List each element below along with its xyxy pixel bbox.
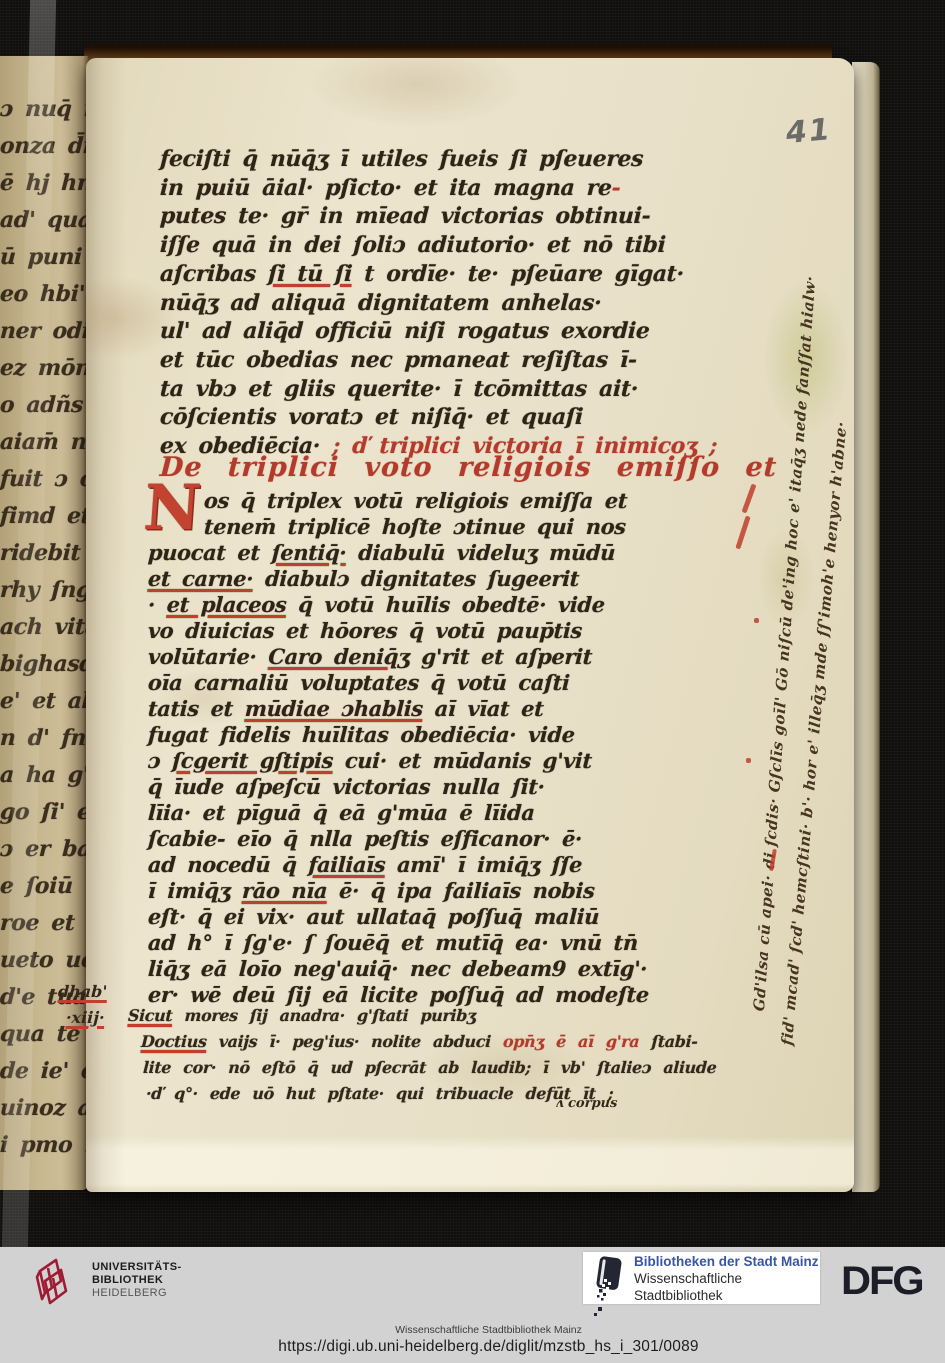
manuscript-line: ridebit te	[0, 540, 87, 566]
manuscript-line: liq̄ʒ eā loīo neg'auiq̄· nec debeam9 ext…	[147, 956, 647, 981]
manuscript-text-segment: ·ď q°· ede uō hut pſtate· qui tribuacle …	[146, 1084, 614, 1103]
manuscript-line: e ſoiū neſo	[0, 873, 87, 899]
manuscript-text-segment: ɔ	[147, 748, 173, 773]
heidelberg-logo-text: UNIVERSITÄTS- BIBLIOTHEK HEIDELBERG	[92, 1257, 182, 1300]
manuscript-text-segment: cui· et mūdanis g'vit	[332, 748, 592, 773]
manuscript-text-segment: nūq̄ʒ ad aliquā dignitatem anhelas·	[159, 290, 602, 316]
manuscript-text-segment: amī' ī imiq̄ʒ ſſe	[385, 852, 583, 877]
manuscript-text-segment: ·	[147, 592, 167, 617]
manuscript-line: līia· et pīguā q̄ eā g'mūa ē līida	[147, 800, 535, 825]
scan-page: ɔ nuq̄ nōnonza d̄ilē hj hnn̄ad' qua boū …	[0, 0, 945, 1363]
manuscript-text-segment: fimd et ād'	[0, 503, 88, 529]
manuscript-text-segment: tatis et	[147, 696, 245, 721]
manuscript-text-segment: mūdiae ɔhablis	[244, 696, 423, 721]
manuscript-text-segment: failiaīs	[308, 852, 386, 877]
manuscript-line: Doctius vaijs ī· peg'ius· nolite abduci …	[141, 1032, 699, 1051]
manuscript-line: tatis et mūdiae ɔhablis aī vīat et	[147, 696, 544, 721]
manuscript-text-segment: vaijs ī· peg'ius· nolite abduci	[206, 1032, 503, 1051]
heidelberg-line2: BIBLIOTHEK	[92, 1274, 182, 1287]
manuscript-line: putes te· gr̄ in mīead victorias obtinui…	[159, 203, 651, 229]
manuscript-text-segment: ueto ueſt'	[0, 947, 88, 973]
manuscript-text-segment: ſcabie- eīo q̄ nlla peſtis eſficanor· ē·	[147, 826, 582, 851]
manuscript-text-segment: fuit ɔ oēs	[0, 466, 88, 492]
manuscript-text-segment: eſt· q̄ ei vix· aut ullataq̄ poſſuq̄ mal…	[147, 904, 599, 929]
page-block-edges	[852, 62, 880, 1192]
manuscript-text-segment: lite cor· nō eſtō q̄ ud pſecrāt ab laudi…	[143, 1058, 717, 1077]
manuscript-line: ē hj hnn̄	[0, 170, 87, 196]
heidelberg-line3: HEIDELBERG	[92, 1287, 182, 1300]
manuscript-text-segment: bighasdū	[0, 651, 88, 677]
manuscript-line: lite cor· nō eſtō q̄ ud pſecrāt ab laudi…	[143, 1058, 717, 1077]
heidelberg-line1: UNIVERSITÄTS-	[92, 1261, 182, 1274]
manuscript-line: go ſi' ent'	[0, 799, 87, 825]
manuscript-line: volūtarie· Caro deniq̄ʒ g'rit et aſperit	[147, 644, 592, 669]
manuscript-text-segment: cōſcientis voratɔ et niſiq̄· et quaſi	[159, 404, 583, 430]
manuscript-text-segment: ez mōnch	[0, 355, 88, 381]
mainz-logo-text: Bibliotheken der Stadt Mainz Wissenschaf…	[634, 1253, 820, 1304]
footer-caption: Wissenschaftliche Stadtbibliothek Mainz	[16, 1324, 945, 1336]
manuscript-text-segment: o adñs d'	[0, 392, 88, 418]
manuscript-line: vo diuicias et hōores q̄ votū paup̄tis	[147, 618, 582, 643]
manuscript-leaf: 41 feciſti q̄ nūq̄ʒ ī utiles fueis ſi pſ…	[86, 58, 854, 1192]
manuscript-line: et carne· diabulɔ dignitates ſugeerit	[147, 566, 579, 591]
manuscript-text-segment: Caro deniq̄ʒ	[268, 644, 411, 669]
rubric-mark	[742, 484, 757, 514]
manuscript-text-segment: aſcribas	[159, 261, 269, 287]
manuscript-line: o adñs d'	[0, 392, 87, 418]
manuscript-photo: ɔ nuq̄ nōnonza d̄ilē hj hnn̄ad' qua boū …	[0, 0, 945, 1247]
rubric-dot	[754, 618, 759, 623]
manuscript-text-segment: opn̄ʒ ē aī g'ra	[503, 1032, 640, 1051]
manuscript-line: roe et oniq'	[0, 910, 87, 936]
manuscript-text-segment: et carne·	[147, 566, 253, 591]
manuscript-text-segment: putes te· gr̄ in mīead victorias obtinui…	[159, 203, 651, 229]
manuscript-text-segment: līia· et pīguā q̄ eā g'mūa ē līida	[147, 800, 535, 825]
manuscript-text-segment: ſcgerit gſtipis	[172, 748, 334, 773]
manuscript-line: bighasdū	[0, 651, 87, 677]
manuscript-line: aiam̄ nid	[0, 429, 87, 455]
manuscript-text-segment: ē· q̄ ipa failiaīs nobis	[327, 878, 596, 903]
manuscript-text-segment: et placeos	[166, 592, 287, 617]
margin-label-xiij: ·xiij·	[66, 1008, 106, 1027]
manuscript-text-segment: ū puni ɔ	[0, 244, 88, 270]
manuscript-text-segment: ad h° ī ſg'e· ſ ſouēq̄ et mutīq̄ ea· vnū…	[147, 930, 638, 955]
manuscript-text-segment: n d' fngo	[0, 725, 88, 751]
manuscript-line: in puiū āial· pſicto· et ita magna re-	[159, 175, 621, 201]
manuscript-line: q̄ īude aſpeſcū victorias nulla ſit·	[147, 774, 545, 799]
manuscript-line: ad' qua bo	[0, 207, 87, 233]
manuscript-line: ɔ er bapſi	[0, 836, 87, 862]
manuscript-line: n d' fngo	[0, 725, 87, 751]
manuscript-text-segment: ſentiq̄·	[271, 540, 347, 565]
manuscript-text-segment: eo hbi'nd'	[0, 281, 88, 307]
manuscript-text-segment: volūtarie·	[147, 644, 269, 669]
manuscript-line: rhy ſngroid	[0, 577, 87, 603]
manuscript-text-segment: Doctius	[141, 1032, 208, 1051]
manuscript-text-segment: -	[611, 175, 621, 201]
manuscript-text-segment: e ſoiū neſo	[0, 873, 88, 899]
initial-letter: N	[142, 478, 203, 538]
manuscript-text-segment: roe et oniq'	[0, 910, 88, 936]
manuscript-line: a ha g' p'	[0, 762, 87, 788]
manuscript-text-segment: liq̄ʒ eā loīo neg'auiq̄· nec debeam9 ext…	[147, 956, 647, 981]
manuscript-text-segment: iſſe quā in dei ſoliɔ adiutorio· et nō t…	[159, 232, 666, 258]
manuscript-text-segment: os q̄ triplex votū religiois emiſſa et	[203, 488, 627, 513]
manuscript-line: ez mōnch	[0, 355, 87, 381]
manuscript-text-segment: t ordīe· te· pſeūare gīgat·	[351, 261, 684, 287]
manuscript-line: ū puni ɔ	[0, 244, 87, 270]
manuscript-line: ɔ nuq̄ nōn	[0, 96, 87, 122]
manuscript-line: ach vita	[0, 614, 87, 640]
manuscript-text-segment: ī imiq̄ʒ	[147, 878, 242, 903]
manuscript-line: onza d̄il	[0, 133, 87, 159]
margin-label-dhab: dhab'	[58, 982, 108, 1001]
manuscript-line: et tūc obedias nec pmaneat reſiſtas ī-	[159, 347, 637, 373]
mainz-line1: Bibliotheken der Stadt Mainz	[634, 1253, 820, 1270]
rubric-mark	[735, 516, 750, 550]
manuscript-text-segment: ad nocedū q̄	[147, 852, 309, 877]
manuscript-line: ad nocedū q̄ failiaīs amī' ī imiq̄ʒ ſſe	[147, 852, 582, 877]
manuscript-text-segment: Sicut	[128, 1006, 173, 1025]
manuscript-line: ad h° ī ſg'e· ſ ſouēq̄ et mutīq̄ ea· vnū…	[147, 930, 638, 955]
manuscript-text-segment: q̄ votū huīlis obedtē· vide	[286, 592, 606, 617]
manuscript-line: ner odilns	[0, 318, 87, 344]
footer-bar: UNIVERSITÄTS- BIBLIOTHEK HEIDELBERG	[0, 1247, 945, 1363]
footer-url: https://digi.ub.uni-heidelberg.de/diglit…	[16, 1338, 945, 1356]
manuscript-text-segment: onza d̄il	[0, 133, 88, 159]
manuscript-text-segment: ſi tū ſi	[267, 261, 352, 287]
manuscript-line: fugat fidelis huīlitas obediēcia· vide	[147, 722, 575, 747]
manuscript-line: er· wē deū ſij eā licite poſſuq̄ ad mode…	[147, 982, 649, 1007]
manuscript-line: eo hbi'nd'	[0, 281, 87, 307]
dfg-logo: DFG	[841, 1259, 923, 1304]
manuscript-line: de ie' on'	[0, 1058, 87, 1084]
manuscript-line: ul' ad aliq̄d officiū niſi rogatus exord…	[159, 318, 650, 344]
manuscript-text-segment: g'rit et aſperit	[409, 644, 593, 669]
mainz-line2: Wissenschaftliche Stadtbibliothek	[634, 1270, 820, 1304]
rubric-dot	[746, 758, 751, 763]
manuscript-text-segment: ad' qua bo	[0, 207, 88, 233]
manuscript-line: eſt· q̄ ei vix· aut ullataq̄ poſſuq̄ mal…	[147, 904, 599, 929]
manuscript-line: cōſcientis voratɔ et niſiq̄· et quaſi	[159, 404, 583, 430]
manuscript-line: puocat et ſentiq̄· diabulū videluʒ mūdū	[147, 540, 615, 565]
manuscript-text-segment: feciſti q̄ nūq̄ʒ ī utiles fueis ſi pſeue…	[159, 146, 643, 172]
manuscript-text-segment: ta vbɔ et gliis querite· ī tcōmittas ait…	[159, 376, 638, 402]
manuscript-line: ſcabie- eīo q̄ nlla peſtis eſficanor· ē·	[147, 826, 582, 851]
manuscript-line: · et placeos q̄ votū huīlis obedtē· vide	[147, 592, 605, 617]
manuscript-text-segment: rāo nīa	[242, 878, 328, 903]
manuscript-text-segment: de ie' on'	[0, 1058, 88, 1084]
manuscript-text-segment: et tūc obedias nec pmaneat reſiſtas ī-	[159, 347, 637, 373]
manuscript-line: uinoz at'p'	[0, 1095, 87, 1121]
manuscript-line: ī imiq̄ʒ rāo nīa ē· q̄ ipa failiaīs nobi…	[147, 878, 595, 903]
manuscript-text-segment: q̄ īude aſpeſcū victorias nulla ſit·	[147, 774, 545, 799]
manuscript-text-segment: aiam̄ nid	[0, 429, 88, 455]
manuscript-text-segment: diabulɔ dignitates ſugeerit	[253, 566, 580, 591]
rubric-heading: De triplici voto religiois emiſſo et	[159, 452, 778, 483]
manuscript-text-segment: vo diuicias et hōores q̄ votū paup̄tis	[147, 618, 582, 643]
manuscript-text-segment: fugat fidelis huīlitas obediēcia· vide	[147, 722, 575, 747]
manuscript-text-segment: ſtabi-	[639, 1032, 698, 1051]
manuscript-line: ta vbɔ et gliis querite· ī tcōmittas ait…	[159, 376, 638, 402]
manuscript-text-segment: ach vita	[0, 614, 88, 640]
interlinear-insertion: ʌ corpus	[556, 1096, 618, 1111]
manuscript-line: os q̄ triplex votū religiois emiſſa et	[203, 488, 627, 513]
manuscript-text-segment: ɔ er bapſi	[0, 836, 88, 862]
heidelberg-books-icon	[28, 1257, 82, 1315]
manuscript-line: e' et alios	[0, 688, 87, 714]
mainz-icon-dot	[594, 1313, 597, 1316]
manuscript-text-segment: a ha g' p'	[0, 762, 88, 788]
manuscript-text-segment: e' et alios	[0, 688, 88, 714]
manuscript-text-segment: aī vīat et	[422, 696, 544, 721]
manuscript-text-segment: ridebit te	[0, 540, 88, 566]
mainz-icon-dot	[598, 1307, 602, 1311]
heidelberg-logo: UNIVERSITÄTS- BIBLIOTHEK HEIDELBERG	[28, 1257, 182, 1315]
mainz-logo: Bibliotheken der Stadt Mainz Wissenschaf…	[583, 1252, 820, 1304]
manuscript-text-segment: rhy ſngroid	[0, 577, 88, 603]
manuscript-text-segment: mores ſij anadra· g'ſtati puribʒ	[172, 1006, 476, 1025]
manuscript-line: oīa carnaliū voluptates q̄ votū caſti	[147, 670, 570, 695]
manuscript-text-segment: ē hj hnn̄	[0, 170, 88, 196]
manuscript-line: nūq̄ʒ ad aliquā dignitatem anhelas·	[159, 290, 602, 316]
manuscript-line: iſſe quā in dei ſoliɔ adiutorio· et nō t…	[159, 232, 666, 258]
manuscript-line: Sicut mores ſij anadra· g'ſtati puribʒ	[128, 1006, 477, 1025]
manuscript-text-segment: ɔ nuq̄ nōn	[0, 96, 88, 122]
manuscript-line: ·ď q°· ede uō hut pſtate· qui tribuacle …	[146, 1084, 614, 1103]
manuscript-text-segment: in puiū āial· pſicto· et ita magna re	[159, 175, 612, 201]
folio-number-pencil: 41	[785, 112, 834, 151]
manuscript-text-segment: uinoz at'p'	[0, 1095, 88, 1121]
manuscript-line: fuit ɔ oēs	[0, 466, 87, 492]
manuscript-line: ɔ ſcgerit gſtipis cui· et mūdanis g'vit	[147, 748, 592, 773]
manuscript-text-segment: i pmo roio	[0, 1132, 88, 1158]
manuscript-text-segment: ul' ad aliq̄d officiū niſi rogatus exord…	[159, 318, 650, 344]
manuscript-text-segment: ner odilns	[0, 318, 88, 344]
manuscript-text-segment: tenem̄ triplicē hoſte ɔtinue qui nos	[203, 514, 626, 539]
manuscript-text-segment: go ſi' ent'	[0, 799, 88, 825]
mainz-book-icon	[590, 1255, 626, 1301]
manuscript-line: aſcribas ſi tū ſi t ordīe· te· pſeūare g…	[159, 261, 684, 287]
manuscript-text-segment: er· wē deū ſij eā licite poſſuq̄ ad mode…	[147, 982, 649, 1007]
manuscript-text-segment: oīa carnaliū voluptates q̄ votū caſti	[147, 670, 570, 695]
manuscript-line: i pmo roio	[0, 1132, 87, 1158]
manuscript-line: feciſti q̄ nūq̄ʒ ī utiles fueis ſi pſeue…	[159, 146, 643, 172]
manuscript-line: ueto ueſt'	[0, 947, 87, 973]
manuscript-line: fimd et ād'	[0, 503, 87, 529]
manuscript-text-segment: diabulū videluʒ mūdū	[346, 540, 616, 565]
manuscript-line: tenem̄ triplicē hoſte ɔtinue qui nos	[203, 514, 626, 539]
